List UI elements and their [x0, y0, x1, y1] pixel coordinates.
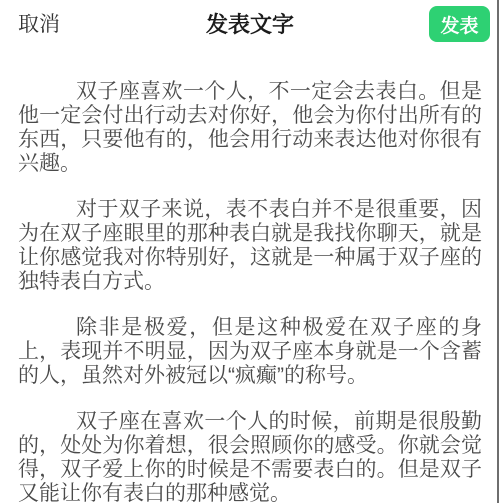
- paragraph-4: 双子座在喜欢一个人的时候，前期是很殷勤的，处处为你着想，很会照顾你的感受。你就会…: [18, 410, 482, 503]
- publish-text-screen: 取消 发表文字 发表 双子座喜欢一个人，不一定会去表白。但是他一定会付出行动去对…: [0, 0, 500, 503]
- paragraph-2: 对于双子来说，表不表白并不是很重要，因为在双子座眼里的那种表白就是我找你聊天，就…: [18, 198, 482, 294]
- paragraph-1: 双子座喜欢一个人，不一定会去表白。但是他一定会付出行动去对你好，他会为你付出所有…: [18, 80, 482, 176]
- cancel-button[interactable]: 取消: [18, 12, 60, 38]
- navbar: 取消 发表文字 发表: [0, 0, 500, 48]
- compose-text-area[interactable]: 双子座喜欢一个人，不一定会去表白。但是他一定会付出行动去对你好，他会为你付出所有…: [0, 48, 500, 503]
- page-title: 发表文字: [0, 11, 500, 39]
- paragraph-3: 除非是极爱，但是这种极爱在双子座的身上，表现并不明显，因为双子座本身就是一个含蓄…: [18, 316, 482, 388]
- publish-button[interactable]: 发表: [429, 6, 490, 42]
